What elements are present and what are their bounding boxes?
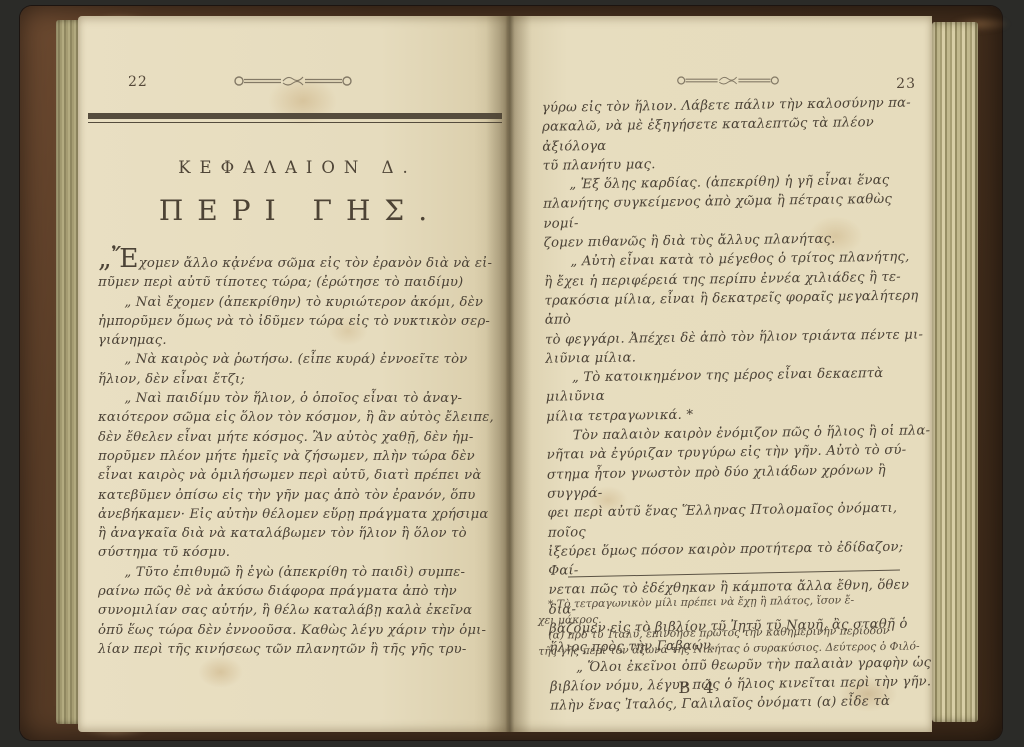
text-line: „Ἔχομεν ἄλλο κᾀνένα σῶμα εἰς τὸν ἐρανὸν … <box>98 246 496 273</box>
text-line: ραίνω πῶς θὲ νὰ ἀκύσω διάφορα πράγματα ἀ… <box>98 582 496 601</box>
foxing-spot <box>198 656 243 688</box>
text-line: ὁπῦ ἕως τώρα δὲν ἐννοοῦσα. Καθὼς λέγυ χά… <box>98 621 496 640</box>
text-line: εἶναι καιρὸς νὰ ὁμιλήσωμεν περὶ αὐτῦ, δι… <box>98 466 496 485</box>
text-line: „ Ναὶ ἔχομεν (ἀπεκρίθην) τὸ κυριώτερον ἀ… <box>98 293 496 312</box>
footnotes: * Τὸ τετραγωνικὸν μίλι πρέπει νὰ ἔχῃ ἢ π… <box>538 591 931 658</box>
page-header-left: 22 <box>78 72 508 92</box>
page-number: 23 <box>896 76 916 92</box>
page-edges-right <box>932 22 978 722</box>
text-line: δὲν ἔθελεν εἶναι μήτε κόσμος. Ἂν αὐτὸς χ… <box>98 428 496 447</box>
text-line: σύστημα τῦ κόσμυ. <box>98 543 496 562</box>
body-text-left: „Ἔχομεν ἄλλο κᾀνένα σῶμα εἰς τὸν ἐρανὸν … <box>98 246 496 659</box>
text-line: ἠμπορῦμεν ὅμως νὰ τὸ ἰδῦμεν τώρα εἰς τὸ … <box>98 312 496 331</box>
chapter-title: ΠΕΡΙ ΓΗΣ. <box>78 194 508 227</box>
header-ornament-icon <box>233 74 353 88</box>
text-line: πορῦμεν πλέον μήτε ἡμεῖς νὰ ζήσωμεν, πλὴ… <box>98 447 496 466</box>
text-line: πῦμεν περὶ αὐτῦ τίποτες τώρα; (ἐρώτησε τ… <box>98 273 496 292</box>
chapter-heading: ΚΕΦΑΛΑΙΟΝ Δ. <box>78 158 508 177</box>
text-line: συνομιλίαν σας αὐτήν, ἢ θέλω καταλάβῃ κα… <box>98 601 496 620</box>
text-line: „ Τῦτο ἐπιθυμῶ ἢ ἐγὼ (ἀπεκρίθη τὸ παιδὶ)… <box>98 563 496 582</box>
signature-mark: Β 4 <box>638 678 758 697</box>
text-line: „ Νὰ καιρὸς νὰ ῥωτήσω. (εἶπε κυρά) ἐννοε… <box>98 350 496 369</box>
page-header-right: 23 <box>508 72 932 92</box>
text-line: πλανήτης συγκείμενος ἀπὸ χῶμα ἢ πέτραις … <box>543 190 932 234</box>
text-line: „ Ναὶ παιδίμυ τὸν ἥλιον, ὁ ὁποῖος εἶναι … <box>98 389 496 408</box>
text-line: κατεβῦμεν ὀπίσω εἰς τὴν γῆν μας ἀπὸ τὸν … <box>98 486 496 505</box>
text-line: ἢ ἀναγκαῖα διὰ νὰ καταλάβωμεν τὸν ἥλιον … <box>98 524 496 543</box>
page-right: 23 γύρω εἰς τὸν ἥλιον. Λάβετε πάλιν τὴν … <box>508 16 932 732</box>
text-line: ἥλιον, δὲν εἶναι ἔτζι; <box>98 370 496 389</box>
text-line: φει περὶ αὐτῦ ἕνας Ἕλληνας Πτολομαῖος ὀν… <box>547 499 936 543</box>
text-line: ρακαλῶ, νὰ μὲ ἐξηγήσετε καταλεπτῶς τὰ πλ… <box>542 113 931 157</box>
text-line: ἰξεύρει ὅμως πόσον καιρὸν προτήτερα τὸ ἐ… <box>548 537 937 581</box>
book-photo: 22 ΚΕΦΑΛΑΙΟΝ Δ. ΠΕΡΙ ΓΗΣ. „Ἔχομεν ἄλλο κ… <box>0 0 1024 747</box>
header-ornament-icon <box>676 74 780 87</box>
text-line: γιάνημας. <box>98 331 496 350</box>
text-line: ἀνεβήκαμεν· Εἰς αὐτὴν θέλομεν εὕρῃ πράγμ… <box>98 505 496 524</box>
section-rule <box>88 113 502 131</box>
text-line: λίαν περὶ τῆς κινήσεως τῶν πλανητῶν ἢ τῆ… <box>98 640 496 659</box>
page-number: 22 <box>128 74 148 90</box>
text-line: στημα ἦτον γνωστὸν πρὸ δύο χιλιάδων χρόν… <box>547 460 936 504</box>
page-left: 22 ΚΕΦΑΛΑΙΟΝ Δ. ΠΕΡΙ ΓΗΣ. „Ἔχομεν ἄλλο κ… <box>78 16 508 732</box>
text-line: καιότερον σῶμα εἰς ὅλον τὸν κόσμον, ἢ ἂν… <box>98 408 496 427</box>
text-line: τρακόσια μίλια, εἶναι ἢ δεκατρεῖς φοραῖς… <box>544 286 933 330</box>
text-line: „ Τὸ κατοικημένον της μέρος εἶναι δεκαεπ… <box>545 363 934 407</box>
